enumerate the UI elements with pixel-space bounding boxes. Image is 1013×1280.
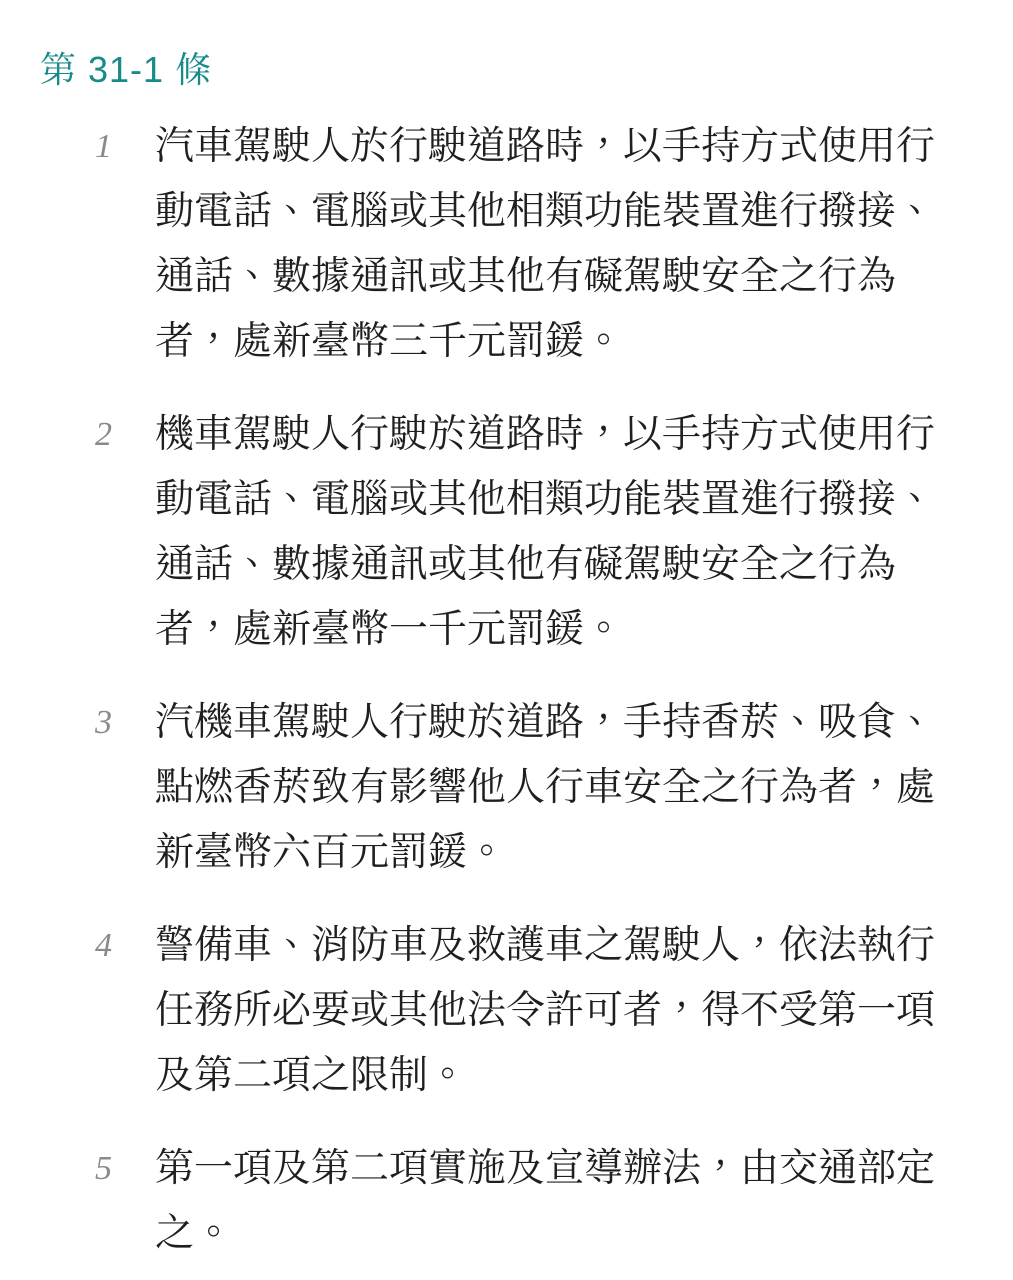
paragraph-line: 之。 [155,1201,973,1266]
paragraph-line: 機車駕駛人行駛於道路時，以手持方式使用行 [155,402,973,467]
paragraph-line: 動電話、電腦或其他相類功能裝置進行撥接、 [155,467,973,532]
paragraph-text: 汽車駕駛人於行駛道路時，以手持方式使用行 動電話、電腦或其他相類功能裝置進行撥接… [155,114,973,374]
paragraph-2: 2 機車駕駛人行駛於道路時，以手持方式使用行 動電話、電腦或其他相類功能裝置進行… [40,402,973,662]
paragraph-line: 點燃香菸致有影響他人行車安全之行為者，處 [155,755,973,820]
paragraph-line: 新臺幣六百元罰鍰。 [155,820,973,885]
paragraph-line: 動電話、電腦或其他相類功能裝置進行撥接、 [155,179,973,244]
paragraph-line: 者，處新臺幣三千元罰鍰。 [155,309,973,374]
paragraph-number: 4 [95,913,155,978]
paragraph-line: 汽機車駕駛人行駛於道路，手持香菸、吸食、 [155,690,973,755]
article-title: 第 31-1 條 [40,46,973,94]
paragraph-text: 警備車、消防車及救護車之駕駛人，依法執行 任務所必要或其他法令許可者，得不受第一… [155,913,973,1108]
paragraph-text: 第一項及第二項實施及宣導辦法，由交通部定 之。 [155,1136,973,1266]
paragraph-3: 3 汽機車駕駛人行駛於道路，手持香菸、吸食、 點燃香菸致有影響他人行車安全之行為… [40,690,973,885]
paragraph-line: 及第二項之限制。 [155,1043,973,1108]
paragraph-5: 5 第一項及第二項實施及宣導辦法，由交通部定 之。 [40,1136,973,1266]
paragraph-line: 警備車、消防車及救護車之駕駛人，依法執行 [155,913,973,978]
paragraph-line: 者，處新臺幣一千元罰鍰。 [155,597,973,662]
paragraph-1: 1 汽車駕駛人於行駛道路時，以手持方式使用行 動電話、電腦或其他相類功能裝置進行… [40,114,973,374]
paragraph-4: 4 警備車、消防車及救護車之駕駛人，依法執行 任務所必要或其他法令許可者，得不受… [40,913,973,1108]
paragraph-line: 通話、數據通訊或其他有礙駕駛安全之行為 [155,244,973,309]
paragraph-number: 1 [95,114,155,179]
paragraph-number: 3 [95,690,155,755]
paragraph-line: 第一項及第二項實施及宣導辦法，由交通部定 [155,1136,973,1201]
paragraph-text: 機車駕駛人行駛於道路時，以手持方式使用行 動電話、電腦或其他相類功能裝置進行撥接… [155,402,973,662]
paragraph-number: 2 [95,402,155,467]
paragraph-line: 通話、數據通訊或其他有礙駕駛安全之行為 [155,532,973,597]
paragraph-line: 汽車駕駛人於行駛道路時，以手持方式使用行 [155,114,973,179]
law-article-page: 第 31-1 條 1 汽車駕駛人於行駛道路時，以手持方式使用行 動電話、電腦或其… [0,0,1013,1280]
paragraph-number: 5 [95,1136,155,1201]
paragraph-line: 任務所必要或其他法令許可者，得不受第一項 [155,978,973,1043]
paragraph-text: 汽機車駕駛人行駛於道路，手持香菸、吸食、 點燃香菸致有影響他人行車安全之行為者，… [155,690,973,885]
